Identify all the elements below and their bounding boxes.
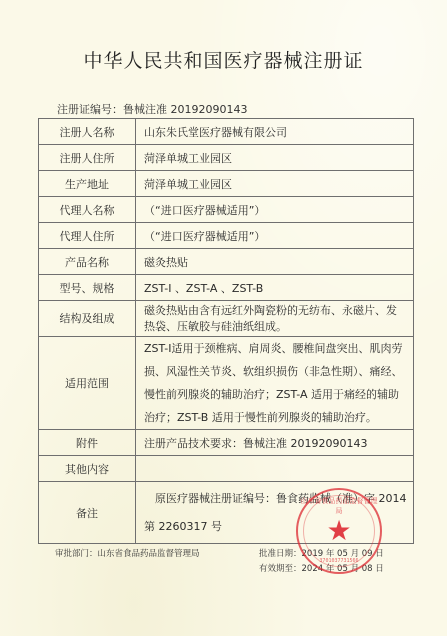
approval-date-value: 2019 年 05 月 09 日 <box>302 549 384 559</box>
row-label: 注册人住所 <box>39 145 136 171</box>
approval-date-label: 批准日期： <box>259 549 302 559</box>
row-label: 适用范围 <box>39 337 136 430</box>
row-label: 生产地址 <box>39 171 136 197</box>
row-label: 代理人名称 <box>39 197 136 223</box>
row-value: ZST-Ⅰ适用于颈椎病、肩周炎、腰椎间盘突出、肌肉劳损、风湿性关节炎、软组织损伤… <box>136 337 414 430</box>
expiry-date: 有效期至：2024 年 05 月 08 日 <box>259 562 384 574</box>
row-value: 原医疗器械注册证编号：鲁食药监械（准）字 2014 第 2260317 号 <box>136 482 414 544</box>
cert-number-line: 注册证编号：鲁械注准 20192090143 <box>57 101 247 117</box>
dept-label: 审批部门： <box>55 549 98 559</box>
cert-number-label: 注册证编号： <box>57 103 123 116</box>
table-row-structure: 结构及组成 磁灸热贴由含有远红外陶瓷粉的无纺布、永磁片、发热袋、压敏胶与硅油纸组… <box>39 301 414 337</box>
approval-department: 审批部门：山东省食品药品监督管理局 <box>55 547 200 559</box>
certificate-table: 注册人名称 山东朱氏堂医疗器械有限公司 注册人住所 菏泽单城工业园区 生产地址 … <box>38 118 414 544</box>
table-row-product-name: 产品名称 磁灸热贴 <box>39 249 414 275</box>
row-value <box>136 456 414 482</box>
row-value: （“进口医疗器械适用”） <box>136 223 414 249</box>
row-value: 磁灸热贴由含有远红外陶瓷粉的无纺布、永磁片、发热袋、压敏胶与硅油纸组成。 <box>136 301 414 337</box>
table-row-scope: 适用范围 ZST-Ⅰ适用于颈椎病、肩周炎、腰椎间盘突出、肌肉劳损、风湿性关节炎、… <box>39 337 414 430</box>
row-value: 注册产品技术要求：鲁械注准 20192090143 <box>136 430 414 456</box>
row-label: 附件 <box>39 430 136 456</box>
table-row-other: 其他内容 <box>39 456 414 482</box>
row-value: （“进口医疗器械适用”） <box>136 197 414 223</box>
cert-number-value: 鲁械注准 20192090143 <box>123 103 247 116</box>
row-label: 注册人名称 <box>39 119 136 145</box>
row-label: 其他内容 <box>39 456 136 482</box>
row-value: ZST-I 、ZST-A 、ZST-B <box>136 275 414 301</box>
table-row-attachment: 附件 注册产品技术要求：鲁械注准 20192090143 <box>39 430 414 456</box>
dept-value: 山东省食品药品监督管理局 <box>98 549 200 559</box>
table-row-registrant-address: 注册人住所 菏泽单城工业园区 <box>39 145 414 171</box>
expiry-date-value: 2024 年 05 月 08 日 <box>302 564 384 574</box>
row-label: 结构及组成 <box>39 301 136 337</box>
row-label: 代理人住所 <box>39 223 136 249</box>
row-label: 备注 <box>39 482 136 544</box>
row-label: 产品名称 <box>39 249 136 275</box>
table-row-registrant-name: 注册人名称 山东朱氏堂医疗器械有限公司 <box>39 119 414 145</box>
table-row-model-spec: 型号、规格 ZST-I 、ZST-A 、ZST-B <box>39 275 414 301</box>
table-row-remarks: 备注 原医疗器械注册证编号：鲁食药监械（准）字 2014 第 2260317 号 <box>39 482 414 544</box>
row-value: 山东朱氏堂医疗器械有限公司 <box>136 119 414 145</box>
row-label: 型号、规格 <box>39 275 136 301</box>
expiry-date-label: 有效期至： <box>259 564 302 574</box>
row-value: 菏泽单城工业园区 <box>136 171 414 197</box>
table-row-agent-address: 代理人住所 （“进口医疗器械适用”） <box>39 223 414 249</box>
row-value: 菏泽单城工业园区 <box>136 145 414 171</box>
row-value: 磁灸热贴 <box>136 249 414 275</box>
document-title: 中华人民共和国医疗器械注册证 <box>0 46 447 73</box>
table-row-agent-name: 代理人名称 （“进口医疗器械适用”） <box>39 197 414 223</box>
approval-date: 批准日期：2019 年 05 月 09 日 <box>259 547 384 559</box>
table-row-production-address: 生产地址 菏泽单城工业园区 <box>39 171 414 197</box>
